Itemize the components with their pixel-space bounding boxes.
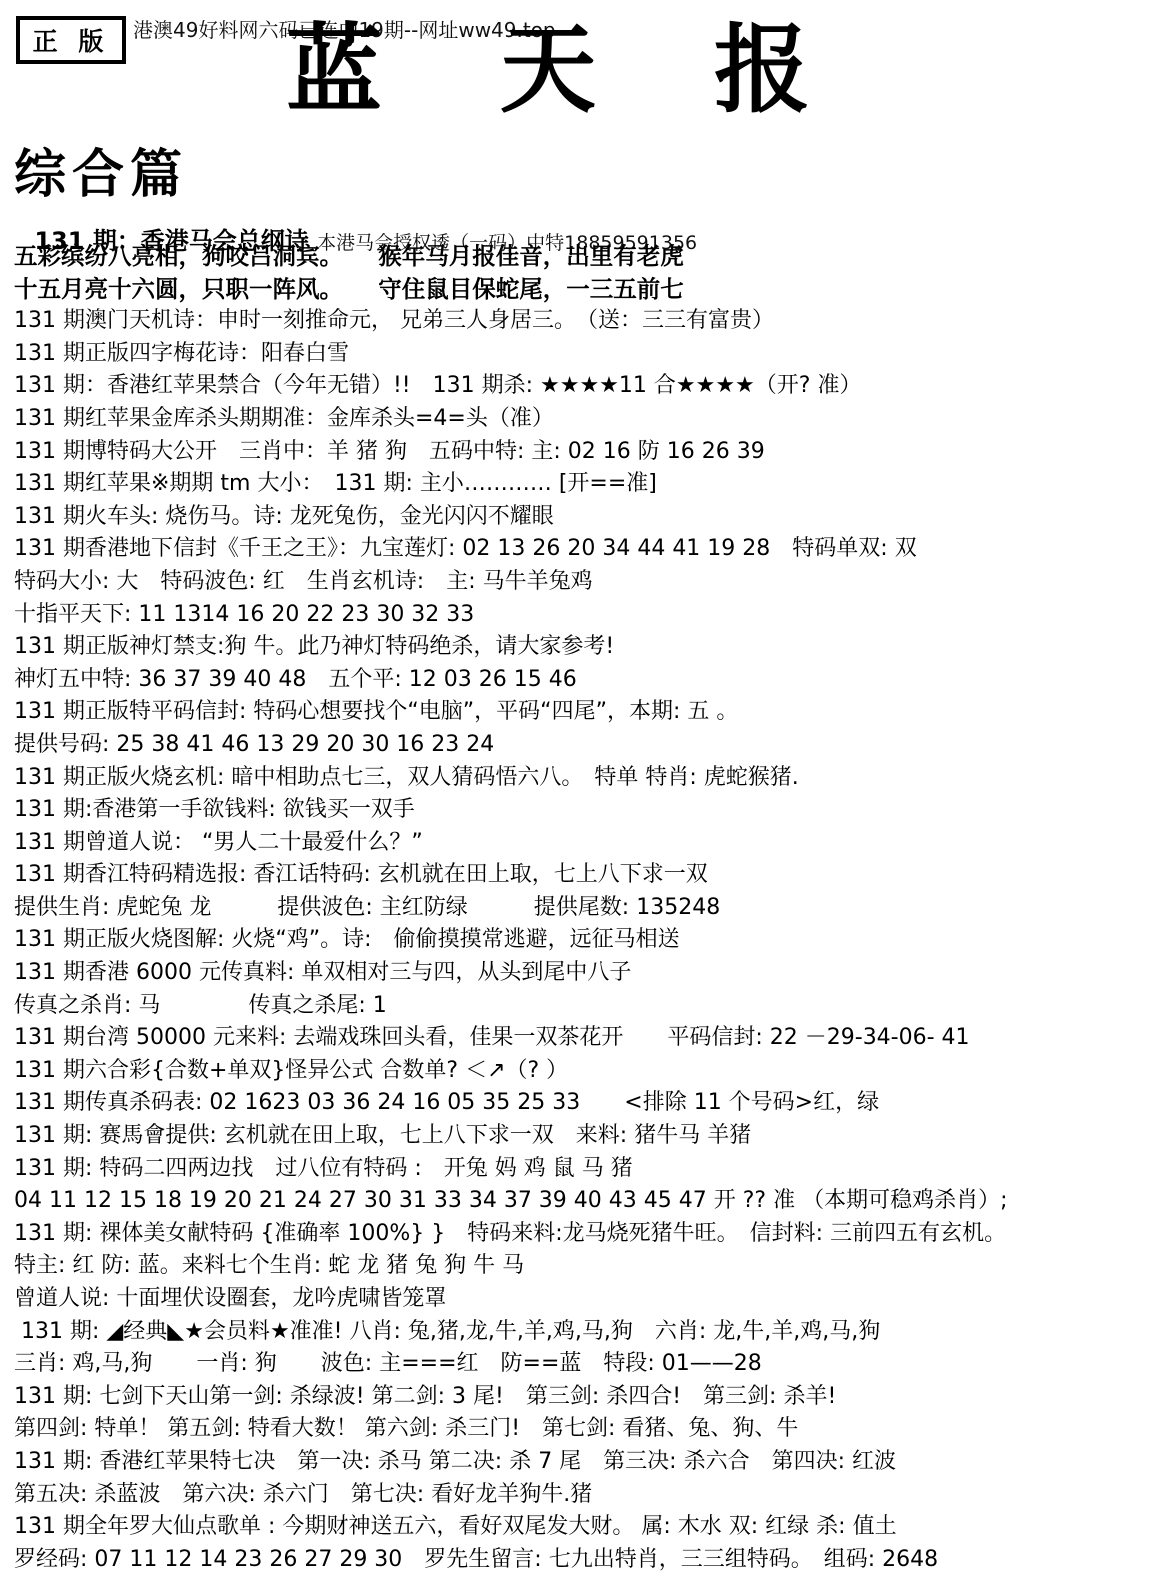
text-line: 131 期六合彩{合数+单双}怪异公式 合数单? ＜↗（? ） [14, 1055, 1172, 1088]
text-line: 特码大小: 大 特码波色: 红 生肖玄机诗: 主: 马牛羊兔鸡 [14, 566, 1172, 599]
text-line: 131 期全年罗大仙点歌单 : 今期财神送五六，看好双尾发大财。 属: 木水 双… [14, 1511, 1172, 1544]
text-line: 131 期: 裸体美女献特码 {准确率 100%} } 特码来料:龙马烧死猪牛旺… [14, 1218, 1172, 1251]
text-line: 曾道人说: 十面埋伏设圈套，龙吟虎啸皆笼罩 [14, 1283, 1172, 1316]
text-line: 131 期: 特码二四两边找 过八位有特码 : 开兔 妈 鸡 鼠 马 猪 [14, 1153, 1172, 1186]
text-line: 特主: 红 防: 蓝。来料七个生肖: 蛇 龙 猪 兔 狗 牛 马 [14, 1250, 1172, 1283]
text-line: 131 期: 赛馬會提供: 玄机就在田上取，七上八下求一双 来料: 猪牛马 羊猪 [14, 1120, 1172, 1153]
text-line: 第四剑: 特单！ 第五剑: 特看大数！ 第六剑: 杀三门! 第七剑: 看猪、兔、… [14, 1413, 1172, 1446]
text-line: 131 期香港 6000 元传真料: 单双相对三与四，从头到尾中八子 [14, 957, 1172, 990]
text-line: 131 期火车头: 烧伤马。诗: 龙死兔伤，金光闪闪不耀眼 [14, 501, 1172, 534]
text-line: 传真之杀肖: 马 传真之杀尾: 1 [14, 990, 1172, 1023]
text-line: 五彩缤纷八亮相，狗咬吕洞宾。 猴年马月报佳音，出里有老虎 [14, 240, 1172, 273]
text-line: 十指平天下: 11 1314 16 20 22 23 30 32 33 [14, 599, 1172, 632]
section-title: 综合篇 [14, 132, 188, 207]
text-line: 131 期正版神灯禁支:狗 牛。此乃神灯特码绝杀，请大家参考! [14, 631, 1172, 664]
newspaper-title: 蓝天报 [286, 20, 928, 121]
text-line: 131 期:香港第一手欲钱料: 欲钱买一双手 [14, 794, 1172, 827]
lantianbao-report-page: 正 版 港澳49好料网六码已连中19期--网址ww49.top 蓝天报 综合篇 … [0, 0, 1176, 1580]
text-line: 131 期: ◢经典◣★会员料★准准! 八肖: 兔,猪,龙,牛,羊,鸡,马,狗 … [14, 1316, 1172, 1349]
text-line: 三肖: 鸡,马,狗 一肖: 狗 波色: 主===红 防==蓝 特段: 01——2… [14, 1348, 1172, 1381]
text-line: 提供生肖: 虎蛇兔 龙 提供波色: 主红防绿 提供尾数: 135248 [14, 892, 1172, 925]
text-line: 罗经码: 07 11 12 14 23 26 27 29 30 罗先生留言: 七… [14, 1544, 1172, 1577]
text-line: 131 期红苹果※期期 tm 大小： 131 期: 主小………… [开==准] [14, 468, 1172, 501]
text-line: 第五决: 杀蓝波 第六决: 杀六门 第七决: 看好龙羊狗牛.猪 [14, 1479, 1172, 1512]
text-line: 131 期香江特码精选报: 香江话特码: 玄机就在田上取，七上八下求一双 [14, 859, 1172, 892]
text-line: 04 11 12 15 18 19 20 21 24 27 30 31 33 3… [14, 1185, 1172, 1218]
text-line: 131 期曾道人说： “男人二十最爱什么？” [14, 827, 1172, 860]
text-line: 131 期红苹果金库杀头期期准：金库杀头=4=头（准） [14, 403, 1172, 436]
text-line: 131 期台湾 50000 元来料: 去端戏珠回头看，佳果一双茶花开 平码信封:… [14, 1022, 1172, 1055]
badge-label: 正 版 [33, 22, 110, 58]
text-line: 131 期博特码大公开 三肖中：羊 猪 狗 五码中特: 主: 02 16 防 1… [14, 436, 1172, 469]
text-line: 131 期: 七剑下天山第一剑: 杀绿波! 第二剑: 3 尾! 第三剑: 杀四合… [14, 1381, 1172, 1414]
text-line: 十五月亮十六圆，只职一阵风。 守住鼠目保蛇尾，一三五前七 [14, 273, 1172, 306]
text-line: 131 期正版四字梅花诗：阳春白雪 [14, 338, 1172, 371]
zhengban-badge: 正 版 [16, 16, 126, 64]
text-line: 131 期传真杀码表: 02 1623 03 36 24 16 05 35 25… [14, 1087, 1172, 1120]
text-line: 131 期正版特平码信封: 特码心想要找个“电脑”，平码“四尾”，本期: 五 。 [14, 696, 1172, 729]
text-line: 131 期：香港红苹果禁合（今年无错）!! 131 期杀: ★★★★11 合★★… [14, 370, 1172, 403]
text-line: 131 期正版火烧图解: 火烧“鸡”。诗: 偷偷摸摸常逃避，远征马相送 [14, 924, 1172, 957]
content-lines: 五彩缤纷八亮相，狗咬吕洞宾。 猴年马月报佳音，出里有老虎十五月亮十六圆，只职一阵… [14, 240, 1172, 1576]
text-line: 131 期香港地下信封《千王之王》：九宝莲灯: 02 13 26 20 34 4… [14, 533, 1172, 566]
text-line: 131 期澳门天机诗：申时一刻推命元， 兄弟三人身居三。 （送：三三有富贵） [14, 305, 1172, 338]
text-line: 提供号码: 25 38 41 46 13 29 20 30 16 23 24 [14, 729, 1172, 762]
text-line: 131 期正版火烧玄机: 暗中相助点七三，双人猜码悟六八。 特单 特肖: 虎蛇猴… [14, 762, 1172, 795]
text-line: 神灯五中特: 36 37 39 40 48 五个平: 12 03 26 15 4… [14, 664, 1172, 697]
text-line: 131 期: 香港红苹果特七决 第一决: 杀马 第二决: 杀 7 尾 第三决: … [14, 1446, 1172, 1479]
